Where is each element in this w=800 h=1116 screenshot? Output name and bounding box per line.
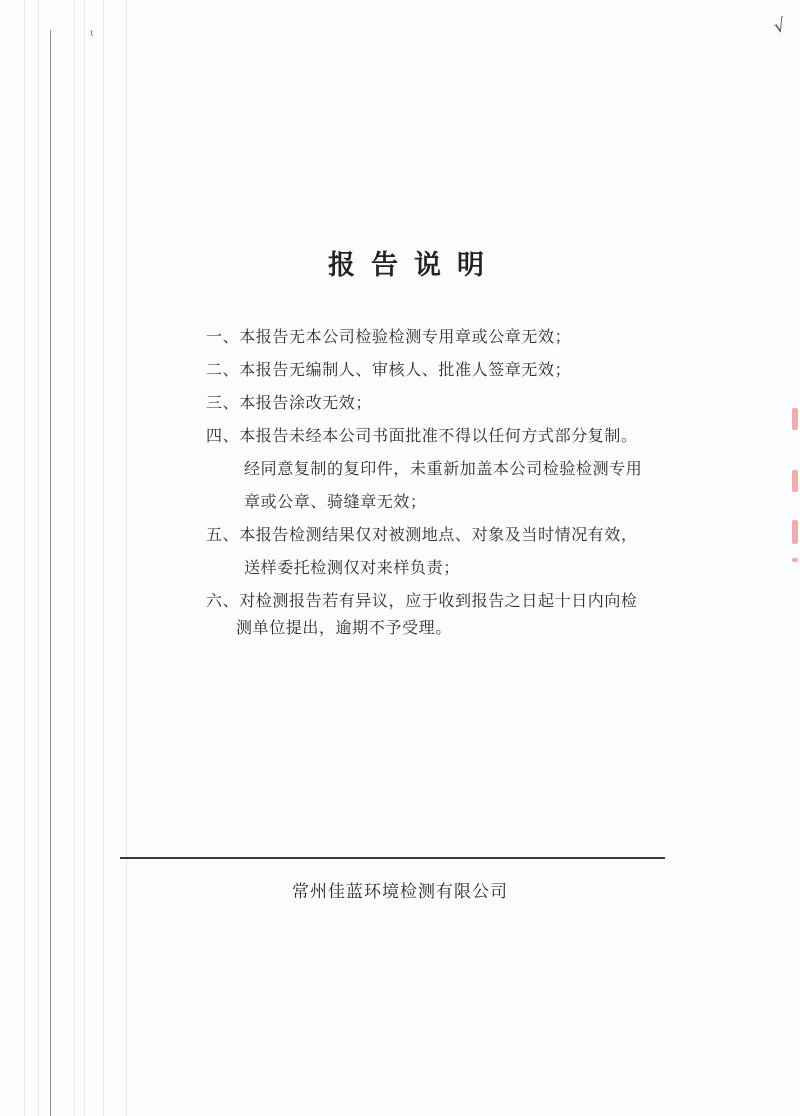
note-item-1: 一、本报告无本公司检验检测专用章或公章无效； [206, 320, 706, 353]
notes-list: 一、本报告无本公司检验检测专用章或公章无效； 二、本报告无编制人、审核人、批准人… [206, 320, 706, 639]
seal-fragment [792, 520, 798, 544]
page-edge-line [74, 0, 75, 1116]
seal-fragment [792, 408, 798, 430]
note-item-6-cont: 测单位提出，逾期不予受理。 [206, 617, 706, 639]
binding-edge-line [50, 30, 51, 1116]
note-item-3: 三、本报告涂改无效； [206, 386, 706, 419]
company-name: 常州佳蓝环境检测有限公司 [0, 877, 800, 902]
note-item-5-cont: 送样委托检测仅对来样负责； [206, 551, 706, 584]
seal-fragment [792, 470, 798, 492]
footer-divider [120, 857, 665, 859]
page-title: 报告说明 [0, 243, 800, 282]
note-item-4-cont: 章或公章、骑缝章无效； [206, 485, 706, 518]
seal-fragment [792, 558, 798, 562]
page-edge-line [103, 0, 104, 1116]
checkmark-icon: √ [771, 15, 788, 38]
note-item-6: 六、对检测报告若有异议，应于收到报告之日起十日内向检 [206, 584, 706, 617]
note-item-4-cont: 经同意复制的复印件，未重新加盖本公司检验检测专用 [206, 452, 706, 485]
page-edge-line [38, 0, 39, 1116]
note-item-4: 四、本报告未经本公司书面批准不得以任何方式部分复制。 [206, 419, 706, 452]
note-item-2: 二、本报告无编制人、审核人、批准人签章无效； [206, 353, 706, 386]
page-edge-line [24, 0, 25, 1116]
page-edge-line [84, 0, 85, 1116]
scan-mark: ɩ [90, 28, 94, 39]
note-item-5: 五、本报告检测结果仅对被测地点、对象及当时情况有效， [206, 518, 706, 551]
page-edge-line [126, 0, 127, 1116]
